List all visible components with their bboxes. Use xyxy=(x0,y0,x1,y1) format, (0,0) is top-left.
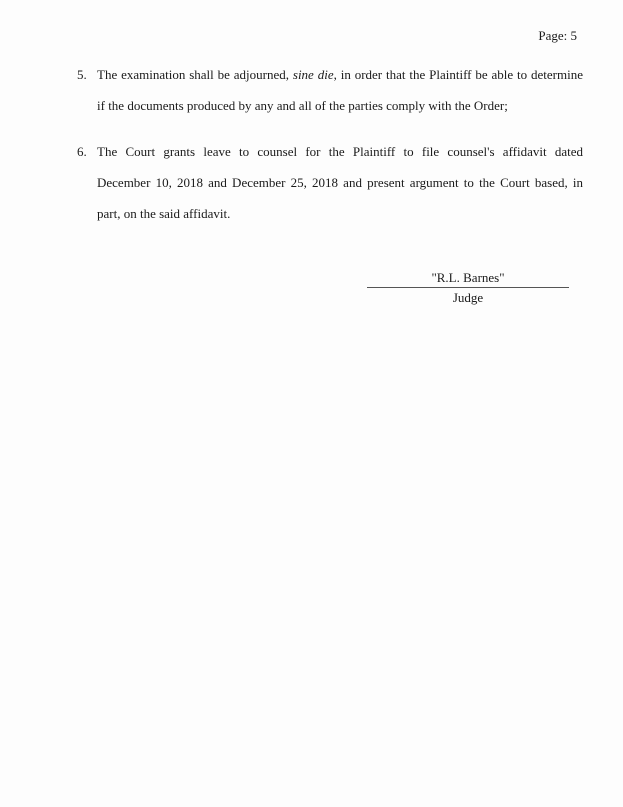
order-item-6: 6. The Court grants leave to counsel for… xyxy=(97,136,583,229)
item-line: The Court grants leave to counsel for th… xyxy=(97,136,583,167)
document-page: Page: 5 5. The examination shall be adjo… xyxy=(0,0,623,807)
item-number: 6. xyxy=(77,136,87,167)
signature-name: "R.L. Barnes" xyxy=(367,270,569,286)
item-line: December 10, 2018 and December 25, 2018 … xyxy=(97,167,583,198)
item-line: The examination shall be adjourned, sine… xyxy=(97,59,583,90)
item-number: 5. xyxy=(77,59,87,90)
signature-line xyxy=(367,287,569,288)
text-run: The examination shall be adjourned, xyxy=(97,67,293,82)
signature-title: Judge xyxy=(367,290,569,306)
order-item-5: 5. The examination shall be adjourned, s… xyxy=(97,59,583,121)
signature-block: "R.L. Barnes" Judge xyxy=(367,270,569,306)
item-line: if the documents produced by any and all… xyxy=(97,90,583,121)
text-run: , in order that the Plaintiff be able to… xyxy=(334,67,583,82)
italic-term: sine die xyxy=(293,67,334,82)
item-line: part, on the said affidavit. xyxy=(97,198,583,229)
page-number: Page: 5 xyxy=(538,28,577,44)
